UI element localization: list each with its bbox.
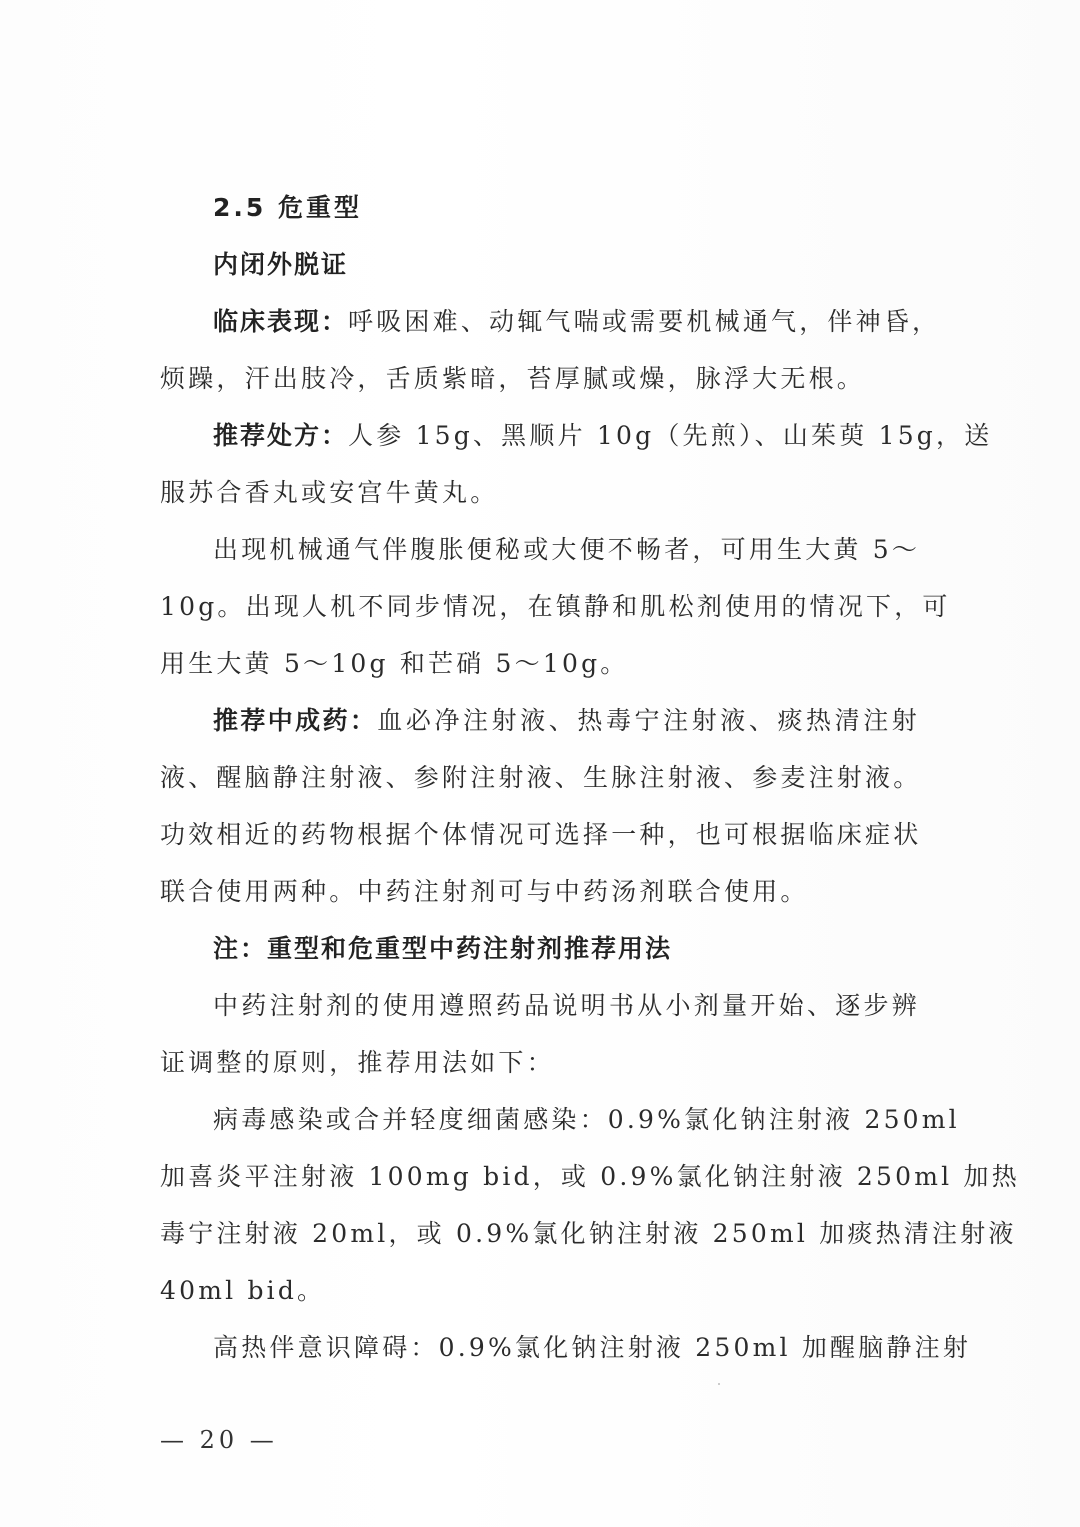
- document-page: 2.5 危重型 内闭外脱证 临床表现：呼吸困难、动辄气喘或需要机械通气，伴神昏，…: [0, 0, 1080, 1527]
- note-intro-line-2: 证调整的原则，推荐用法如下：: [160, 1046, 920, 1080]
- patent-line-1: 推荐中成药：血必净注射液、热毒宁注射液、痰热清注射: [213, 704, 920, 738]
- mechanical-line-2: 10g。出现人机不同步情况，在镇静和肌松剂使用的情况下，可: [160, 590, 920, 624]
- prescription-label: 推荐处方：: [213, 421, 348, 450]
- prescription-line-1: 推荐处方：人参 15g、黑顺片 10g（先煎）、山茱萸 15g，送: [213, 419, 920, 453]
- page-number: — 20 —: [160, 1425, 278, 1455]
- fever-line-1: 高热伴意识障碍：0.9%氯化钠注射液 250ml 加醒脑静注射: [213, 1331, 920, 1365]
- clinical-line-2: 烦躁，汗出肢冷，舌质紫暗，苔厚腻或燥，脉浮大无根。: [160, 362, 920, 396]
- viral-line-2: 加喜炎平注射液 100mg bid，或 0.9%氯化钠注射液 250ml 加热: [160, 1160, 920, 1194]
- patent-line-4: 联合使用两种。中药注射剂可与中药汤剂联合使用。: [160, 875, 920, 909]
- scan-speck: [718, 1383, 720, 1385]
- mechanical-line-3: 用生大黄 5～10g 和芒硝 5～10g。: [160, 647, 920, 681]
- patent-line-3: 功效相近的药物根据个体情况可选择一种，也可根据临床症状: [160, 818, 920, 852]
- patent-text-1: 血必净注射液、热毒宁注射液、痰热清注射: [377, 706, 920, 735]
- viral-line-4: 40ml bid。: [160, 1274, 920, 1308]
- patent-line-2: 液、醒脑静注射液、参附注射液、生脉注射液、参麦注射液。: [160, 761, 920, 795]
- clinical-line-1: 临床表现：呼吸困难、动辄气喘或需要机械通气，伴神昏，: [213, 305, 920, 339]
- note-intro-line-1: 中药注射剂的使用遵照药品说明书从小剂量开始、逐步辨: [213, 989, 920, 1023]
- viral-line-1: 病毒感染或合并轻度细菌感染：0.9%氯化钠注射液 250ml: [213, 1103, 920, 1137]
- patent-label: 推荐中成药：: [213, 706, 377, 735]
- prescription-line-2: 服苏合香丸或安宫牛黄丸。: [160, 476, 920, 510]
- viral-line-3: 毒宁注射液 20ml，或 0.9%氯化钠注射液 250ml 加痰热清注射液: [160, 1217, 920, 1251]
- mechanical-line-1: 出现机械通气伴腹胀便秘或大便不畅者，可用生大黄 5～: [213, 533, 920, 567]
- note-heading: 注：重型和危重型中药注射剂推荐用法: [213, 932, 920, 966]
- clinical-label: 临床表现：: [213, 307, 348, 336]
- prescription-text-1: 人参 15g、黑顺片 10g（先煎）、山茱萸 15g，送: [348, 421, 992, 450]
- section-heading: 2.5 危重型: [213, 191, 920, 225]
- clinical-text-1: 呼吸困难、动辄气喘或需要机械通气，伴神昏，: [348, 307, 940, 336]
- syndrome-title: 内闭外脱证: [213, 248, 920, 282]
